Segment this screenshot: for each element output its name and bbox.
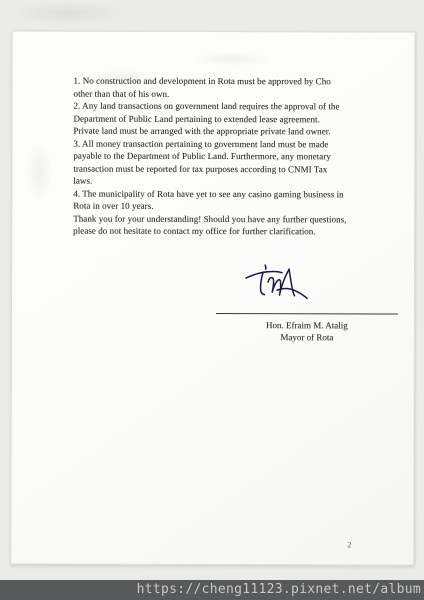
watermark-bar: https://cheng11123.pixnet.net/album <box>0 580 424 600</box>
letter-body: 1. No construction and development in Ro… <box>73 75 371 238</box>
closing-paragraph: Thank you for your understanding! Should… <box>73 212 371 238</box>
scan-smudge <box>8 2 128 24</box>
scan-smudge <box>26 142 52 202</box>
numbered-item-1: 1. No construction and development in Ro… <box>74 75 346 101</box>
screenshot-root: { "document": { "items": [ "1. No constr… <box>0 0 424 600</box>
signature-block: Hon. Efraim M. Atalig Mayor of Rota <box>216 280 398 343</box>
watermark-url: https://cheng11123.pixnet.net/album <box>137 580 424 600</box>
numbered-item-2: 2. Any land transactions on government l… <box>73 100 345 138</box>
scanned-letter-page: 1. No construction and development in Ro… <box>10 30 415 565</box>
signatory-name: Hon. Efraim M. Atalig <box>216 319 398 331</box>
signatory-title: Mayor of Rota <box>216 331 398 343</box>
numbered-item-3: 3. All money transaction pertaining to g… <box>73 137 345 188</box>
handwritten-signature-icon <box>244 250 316 314</box>
scan-smudge <box>193 52 273 66</box>
page-number: 2 <box>341 540 357 549</box>
numbered-item-4: 4. The municipality of Rota have yet to … <box>73 187 345 213</box>
